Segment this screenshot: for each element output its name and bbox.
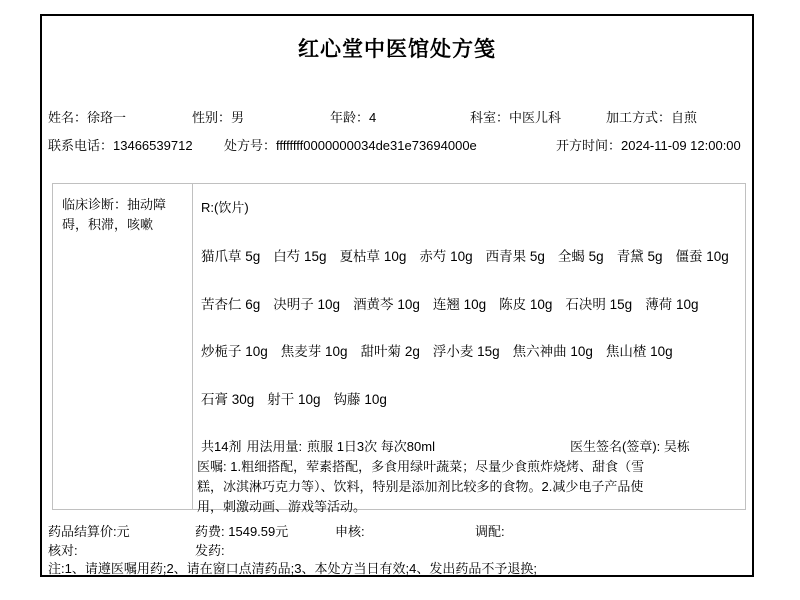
prescription-page: 红心堂中医馆处方笺 姓名：徐珞一 性别：男 年龄：4 科室：中医儿科 加工方式：… [0,0,800,600]
medicine-item: 赤芍 10g [419,249,472,264]
settlement-value: 元 [117,524,130,539]
medicine-item: 夏枯草 10g [340,249,407,264]
field-department: 科室：中医儿科 [470,107,561,126]
department-label: 科室： [470,110,509,125]
doctor-signature-label: 医生签名(签章): [570,439,660,454]
fee-value: 1549.59元 [228,524,288,539]
doctor-advice: 医嘱: 1.粗细搭配，荤素搭配，多食用绿叶蔬菜；尽量少食煎炸烧烤、甜食（雪糕，冰… [197,457,665,517]
field-phone: 联系电话：13466539712 [48,135,193,154]
field-processing: 加工方式：自煎 [606,107,697,126]
patient-name-value: 徐珞一 [87,110,126,125]
doctor-signature: 医生签名(签章): 吴栋 [570,436,690,455]
field-gender: 性别：男 [192,107,244,126]
medicine-item: 全蝎 5g [558,249,604,264]
usage-line: 共14剂用法用量:煎服 1日3次 每次80ml [201,436,440,455]
medicine-item: 射干 10g [267,392,320,407]
gender-value: 男 [231,110,244,125]
field-settlement-price: 药品结算价:元 [48,521,130,540]
field-check: 核对: [48,540,78,559]
field-review: 申核: [335,521,365,540]
field-dispense: 调配: [475,521,505,540]
field-age: 年龄：4 [330,107,376,126]
doctor-signature-value: 吴栋 [664,439,690,454]
medicine-item: 猫爪草 5g [201,249,260,264]
issue-time-label: 开方时间： [556,138,621,153]
field-patient-name: 姓名：徐珞一 [48,107,126,126]
rx-header: R:(饮片) [201,197,249,216]
medicine-item: 薄荷 10g [645,297,698,312]
medicine-item: 石膏 30g [201,392,254,407]
issue-time-value: 2024-11-09 12:00:00 [621,138,741,153]
field-rx-number: 处方号：ffffffff0000000034de31e73694000e [224,135,477,154]
age-value: 4 [369,110,376,125]
gender-label: 性别： [192,110,231,125]
rx-number-label: 处方号： [224,138,276,153]
medicine-line-1: 猫爪草 5g白芍 15g夏枯草 10g赤芍 10g西青果 5g全蝎 5g青黛 5… [201,245,742,265]
diagnosis-divider [192,184,193,509]
diagnosis-label: 临床诊断： [62,197,127,212]
medicine-item: 焦山楂 10g [606,344,673,359]
settlement-label: 药品结算价: [48,524,117,539]
medicine-item: 甜叶菊 2g [361,344,420,359]
medicine-item: 僵蚕 10g [675,249,728,264]
processing-value: 自煎 [671,110,697,125]
medicine-line-4: 石膏 30g射干 10g钩藤 10g [201,388,400,408]
patient-name-label: 姓名： [48,110,87,125]
medicine-item: 苦杏仁 6g [201,297,260,312]
medicine-item: 炒栀子 10g [201,344,268,359]
medicine-item: 焦麦芽 10g [281,344,348,359]
rx-number-value: ffffffff0000000034de31e73694000e [276,138,477,153]
usage-label: 用法用量: [246,439,302,454]
phone-value: 13466539712 [113,138,193,153]
medicine-line-2: 苦杏仁 6g决明子 10g酒黄芩 10g连翘 10g陈皮 10g石决明 15g薄… [201,293,711,313]
page-title: 红心堂中医馆处方笺 [40,33,754,63]
medicine-item: 石决明 15g [565,297,632,312]
fee-label: 药费: [195,524,225,539]
field-issue-time: 开方时间：2024-11-09 12:00:00 [556,135,741,154]
medicine-item: 浮小麦 15g [433,344,500,359]
medicine-item: 酒黄芩 10g [353,297,420,312]
processing-label: 加工方式： [606,110,671,125]
medicine-item: 焦六神曲 10g [513,344,593,359]
medicine-item: 钩藤 10g [334,392,387,407]
medicine-item: 西青果 5g [486,249,545,264]
medicine-item: 白芍 15g [273,249,326,264]
footer-note: 注:1、请遵医嘱用药;2、请在窗口点清药品;3、本处方当日有效;4、发出药品不予… [48,558,537,577]
department-value: 中医儿科 [509,110,561,125]
dose-count: 共14剂 [201,439,241,454]
medicine-item: 连翘 10g [433,297,486,312]
field-drug-fee: 药费: 1549.59元 [195,521,288,540]
medicine-item: 决明子 10g [273,297,340,312]
medicine-item: 陈皮 10g [499,297,552,312]
medicine-line-3: 炒栀子 10g焦麦芽 10g甜叶菊 2g浮小麦 15g焦六神曲 10g焦山楂 1… [201,340,686,360]
field-issue-drug: 发药: [195,540,225,559]
usage-value: 煎服 1日3次 每次80ml [307,439,435,454]
phone-label: 联系电话： [48,138,113,153]
medicine-item: 青黛 5g [617,249,663,264]
age-label: 年龄： [330,110,369,125]
clinical-diagnosis: 临床诊断：抽动障碍，积滞，咳嗽 [62,195,184,235]
